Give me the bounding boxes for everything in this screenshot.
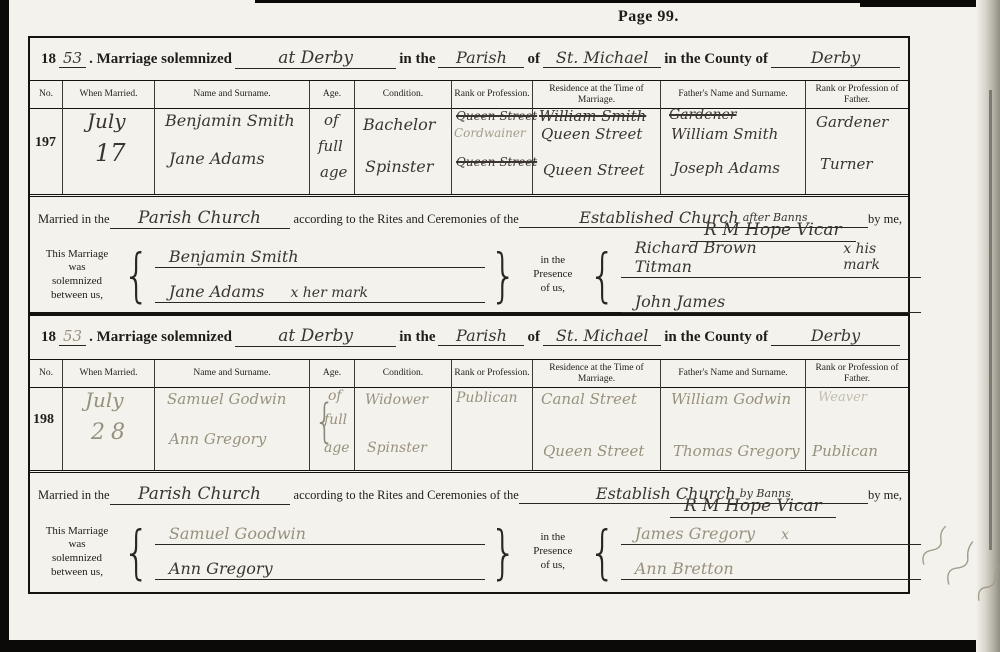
when-married-cell: July 17: [62, 107, 155, 194]
month: July: [85, 388, 124, 412]
col-rank: Rank or Profession.: [451, 81, 532, 108]
day: 28: [91, 420, 131, 445]
table-row-198: 198 July 28 Samuel Godwin Ann Gregory { …: [30, 386, 908, 473]
register-page-scan: Page 99. 18 53 . Marriage solemnized at …: [0, 0, 1000, 652]
church-type-handwritten: Parish Church: [138, 208, 261, 228]
bride-name: Ann Gregory: [169, 430, 266, 448]
parish-name-handwritten: St. Michael: [556, 48, 648, 67]
signature-section-198: This Marriage was solemnized between us,…: [30, 518, 908, 586]
condition-cell: Widower Spinster: [354, 386, 452, 470]
marriage-solemnized-label: . Marriage solemnized: [86, 51, 235, 68]
by-me-label: by me,: [868, 212, 902, 227]
parish-word-handwritten: Parish: [456, 48, 507, 67]
bride-father: Thomas Gregory: [673, 442, 800, 460]
entry-number: 198: [33, 412, 54, 428]
in-the-label: in the: [396, 51, 438, 68]
bride-father-profession: Publican: [812, 442, 878, 460]
names-cell: Samuel Godwin Ann Gregory: [154, 386, 310, 470]
bride-signature-line: Ann Gregory: [155, 559, 485, 580]
groom-profession: Publican: [456, 390, 518, 406]
col-father-rank: Rank or Profession of Father.: [805, 81, 908, 108]
residence-cell: William Smith Queen Street Queen Street: [532, 107, 661, 194]
groom-residence: Canal Street: [541, 390, 637, 408]
names-cell: Benjamin Smith Jane Adams: [154, 107, 310, 194]
county-handwritten: Derby: [811, 48, 860, 67]
struck-text: Queen Street: [456, 155, 537, 169]
married-in-the-label: Married in the: [38, 488, 110, 503]
scan-edge-left: [0, 0, 9, 652]
groom-signature-line: Benjamin Smith: [155, 247, 485, 268]
officiant-signature: R M Hope Vicar: [670, 496, 836, 518]
groom-profession: Cordwainer: [454, 126, 526, 140]
age-line: age: [324, 440, 350, 456]
of-label: of: [524, 329, 543, 346]
place-handwritten: at Derby: [278, 326, 353, 346]
page-number: Page 99.: [618, 8, 679, 26]
col-residence: Residence at the Time of Marriage.: [532, 360, 660, 387]
groom-father-profession: Weaver: [818, 390, 867, 405]
witness-signature-line: Richard Brown Titman x his mark: [621, 238, 921, 278]
struck-text: Queen Street: [456, 109, 537, 123]
register-entry-block-197: 18 53 . Marriage solemnized at Derby in …: [28, 36, 910, 314]
table-header-row: No. When Married. Name and Surname. Age.…: [30, 80, 908, 109]
groom-condition: Bachelor: [363, 115, 435, 134]
bride-residence: Queen Street: [543, 442, 644, 460]
no-cell: 197: [30, 107, 62, 194]
col-condition: Condition.: [354, 81, 451, 108]
bride-father: Joseph Adams: [673, 159, 780, 177]
bride-mark: x her mark: [290, 285, 368, 301]
witness-1-signature: Richard Brown Titman: [635, 238, 817, 276]
church-type-handwritten: Parish Church: [138, 484, 261, 504]
father-name-cell: Gardener William Smith Joseph Adams: [660, 107, 806, 194]
groom-father: William Smith: [671, 125, 778, 143]
bride-father-profession: Turner: [820, 155, 873, 173]
year-prefix: 18: [38, 51, 59, 68]
col-name: Name and Surname.: [154, 360, 309, 387]
age-line: age: [320, 163, 347, 181]
spine-streak: [989, 90, 992, 550]
witness-signature-line: John James: [621, 292, 921, 313]
scan-edge-bottom: [0, 640, 1000, 652]
table-row-197: 197 July 17 Benjamin Smith Jane Adams of…: [30, 107, 908, 197]
age-cell: of full age: [309, 107, 355, 194]
when-married-cell: July 28: [62, 386, 155, 470]
struck-text: Gardener: [669, 107, 736, 123]
bride-signature-line: Jane Adams x her mark: [155, 282, 485, 303]
by-me-label: by me,: [868, 488, 902, 503]
year-prefix: 18: [38, 329, 59, 346]
year-handwritten: 53: [59, 327, 86, 346]
married-in-the-label: Married in the: [38, 212, 110, 227]
groom-father-profession: Gardener: [816, 113, 888, 131]
bride-signature: Ann Gregory: [169, 559, 273, 578]
groom-residence: Queen Street: [541, 125, 642, 143]
father-name-cell: William Godwin Thomas Gregory: [660, 386, 806, 470]
in-county-of-label: in the County of: [661, 51, 771, 68]
col-no: No.: [30, 81, 62, 108]
col-age: Age.: [309, 360, 354, 387]
age-line: of: [324, 111, 339, 129]
entry-197-headline: 18 53 . Marriage solemnized at Derby in …: [30, 38, 908, 69]
col-father: Father's Name and Surname.: [660, 360, 805, 387]
entry-198-headline: 18 53 . Marriage solemnized at Derby in …: [30, 316, 908, 347]
presence-label: in the Presence of us,: [522, 531, 584, 572]
age-line: full: [318, 137, 343, 155]
of-label: of: [524, 51, 543, 68]
groom-signature: Benjamin Smith: [169, 247, 299, 266]
witness-1-mark: x his mark: [843, 241, 917, 273]
col-when: When Married.: [62, 81, 154, 108]
col-residence: Residence at the Time of Marriage.: [532, 81, 660, 108]
witness-signature-line: James Gregory x: [621, 524, 921, 545]
col-when: When Married.: [62, 360, 154, 387]
col-condition: Condition.: [354, 360, 451, 387]
witness-2-signature: John James: [635, 292, 726, 311]
witness-1-signature: James Gregory: [635, 524, 755, 543]
col-father: Father's Name and Surname.: [660, 81, 805, 108]
parish-name-handwritten: St. Michael: [556, 326, 648, 345]
presence-label: in the Presence of us,: [522, 254, 584, 295]
groom-father: William Godwin: [671, 390, 791, 408]
age-line: full: [324, 412, 347, 428]
day: 17: [95, 139, 126, 167]
county-handwritten: Derby: [811, 326, 860, 345]
place-handwritten: at Derby: [278, 48, 353, 68]
year-handwritten: 53: [59, 49, 86, 68]
groom-name: Benjamin Smith: [165, 111, 295, 130]
col-father-rank: Rank or Profession of Father.: [805, 360, 908, 387]
groom-condition: Widower: [365, 392, 428, 408]
col-rank: Rank or Profession.: [451, 360, 532, 387]
parish-word-handwritten: Parish: [456, 326, 507, 345]
this-marriage-label: This Marriage was solemnized between us,: [36, 525, 118, 580]
table-header-row: No. When Married. Name and Surname. Age.…: [30, 359, 908, 388]
groom-signature-line: Samuel Goodwin: [155, 524, 485, 545]
according-label: according to the Rites and Ceremonies of…: [290, 212, 519, 227]
rank-cell: Publican: [451, 386, 533, 470]
father-rank-cell: Weaver Publican: [805, 386, 909, 470]
no-cell: 198: [30, 386, 62, 470]
rank-cell: Queen Street Cordwainer Queen Street: [451, 107, 533, 194]
condition-cell: Bachelor Spinster: [354, 107, 452, 194]
witness-2-signature: Ann Bretton: [635, 559, 734, 578]
month: July: [87, 109, 126, 133]
bride-condition: Spinster: [367, 440, 427, 456]
struck-text: William Smith: [539, 107, 646, 125]
in-county-of-label: in the County of: [661, 329, 771, 346]
groom-name: Samuel Godwin: [167, 390, 286, 408]
groom-signature: Samuel Goodwin: [169, 524, 306, 543]
col-no: No.: [30, 360, 62, 387]
col-name: Name and Surname.: [154, 81, 309, 108]
entry-number: 197: [35, 135, 56, 151]
in-the-label: in the: [396, 329, 438, 346]
register-entry-block-198: 18 53 . Marriage solemnized at Derby in …: [28, 314, 910, 594]
age-line: of: [328, 388, 342, 404]
signature-section-197: This Marriage was solemnized between us,…: [30, 242, 908, 308]
bride-condition: Spinster: [365, 157, 433, 176]
this-marriage-label: This Marriage was solemnized between us,: [36, 248, 118, 303]
according-label: according to the Rites and Ceremonies of…: [290, 488, 519, 503]
col-age: Age.: [309, 81, 354, 108]
father-rank-cell: Gardener Turner: [805, 107, 909, 194]
residence-cell: Canal Street Queen Street: [532, 386, 661, 470]
witness-signature-line: Ann Bretton: [621, 559, 921, 580]
bride-signature: Jane Adams: [169, 282, 265, 301]
bride-name: Jane Adams: [169, 149, 265, 168]
witness-1-mark: x: [781, 527, 789, 543]
bride-residence: Queen Street: [543, 161, 644, 179]
age-cell: { of full age: [309, 386, 355, 470]
marriage-solemnized-label: . Marriage solemnized: [86, 329, 235, 346]
